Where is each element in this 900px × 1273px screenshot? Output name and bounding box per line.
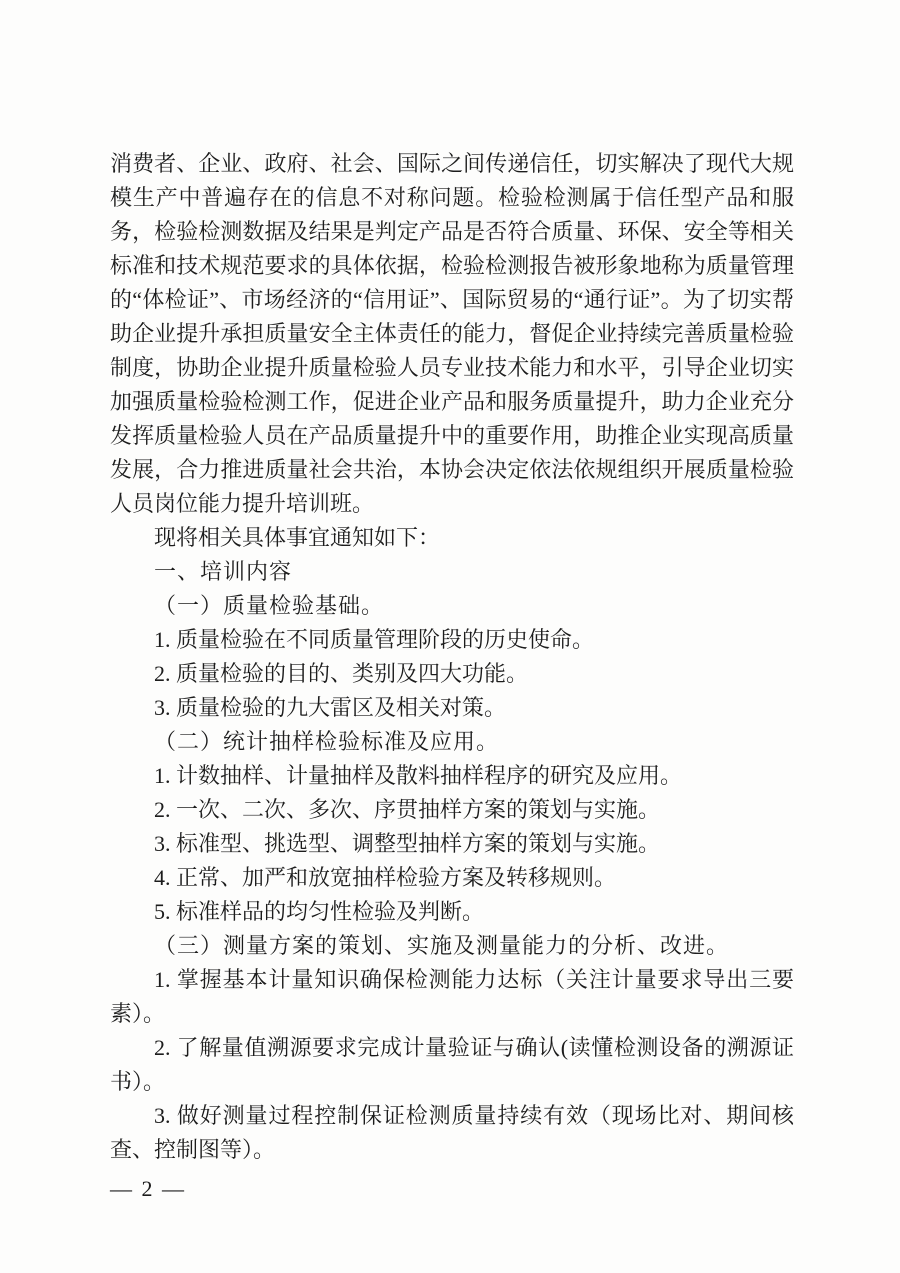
list-item: 2. 质量检验的目的、类别及四大功能。 [110,657,794,691]
list-item: 1. 计数抽样、计量抽样及散料抽样程序的研究及应用。 [110,759,794,793]
list-item: 3. 做好测量过程控制保证检测质量持续有效（现场比对、期间核查、控制图等）。 [110,1099,794,1167]
list-item: 3. 质量检验的九大雷区及相关对策。 [110,691,794,725]
list-item: 2. 了解量值溯源要求完成计量验证与确认(读懂检测设备的溯源证书）。 [110,1031,794,1099]
notice-line: 现将相关具体事宜通知如下： [110,521,794,555]
intro-paragraph: 消费者、企业、政府、社会、国际之间传递信任，切实解决了现代大规模生产中普遍存在的… [110,147,794,521]
list-item: 1. 质量检验在不同质量管理阶段的历史使命。 [110,623,794,657]
list-item: 5. 标准样品的均匀性检验及判断。 [110,895,794,929]
subsection-heading-measurement-plan: （三）测量方案的策划、实施及测量能力的分析、改进。 [110,929,794,963]
list-item: 3. 标准型、挑选型、调整型抽样方案的策划与实施。 [110,827,794,861]
list-item: 4. 正常、加严和放宽抽样检验方案及转移规则。 [110,861,794,895]
subsection-heading-statistical-sampling-standards: （二）统计抽样检验标准及应用。 [110,725,794,759]
list-item: 1. 掌握基本计量知识确保检测能力达标（关注计量要求导出三要素）。 [110,963,794,1031]
document-page: 消费者、企业、政府、社会、国际之间传递信任，切实解决了现代大规模生产中普遍存在的… [0,0,900,1273]
subsection-heading-quality-inspection-basics: （一）质量检验基础。 [110,589,794,623]
section-heading-training-content: 一、培训内容 [110,555,794,589]
list-item: 2. 一次、二次、多次、序贯抽样方案的策划与实施。 [110,793,794,827]
page-number: — 2 — [110,1174,186,1204]
document-content: 消费者、企业、政府、社会、国际之间传递信任，切实解决了现代大规模生产中普遍存在的… [110,147,794,1167]
